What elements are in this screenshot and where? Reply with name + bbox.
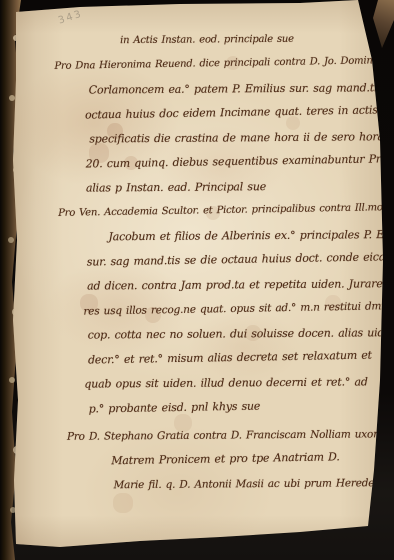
manuscript-line: Matrem Pronicem et pro tpe Anatriam D.: [111, 444, 385, 473]
manuscript-page: 343 in Actis Instan. eod. principale sue…: [0, 0, 394, 560]
manuscript-line: sur. sag mand.tis se die octaua huius do…: [87, 245, 383, 275]
manuscript-line: Pro Dna Hieronima Reuend. dice principal…: [54, 49, 380, 79]
pencil-corner-mark: 343: [57, 8, 84, 26]
manuscript-line: res usq illos recog.ne quat. opus sit ad…: [83, 294, 383, 324]
manuscript-line: 20. cum quinq. diebus sequentibus examin…: [85, 147, 381, 177]
manuscript-text-block: in Actis Instan. eod. principale suePro …: [48, 26, 386, 499]
manuscript-line: Pro Ven. Accademia Scultor. et Pictor. p…: [58, 196, 382, 226]
manuscript-line: p.° probante eisd. pnl khys sue: [88, 392, 384, 422]
manuscript-line: Marie fil. q. D. Antonii Masii ac ubi pr…: [113, 471, 385, 498]
manuscript-photo: 343 in Actis Instan. eod. principale sue…: [0, 0, 394, 560]
manuscript-line: decr.° et ret.° misum alias decreta set …: [88, 343, 384, 373]
paper-edge-chips: [0, 0, 4, 4]
manuscript-line: octaua huius doc eidem Incimane quat. te…: [85, 98, 381, 128]
